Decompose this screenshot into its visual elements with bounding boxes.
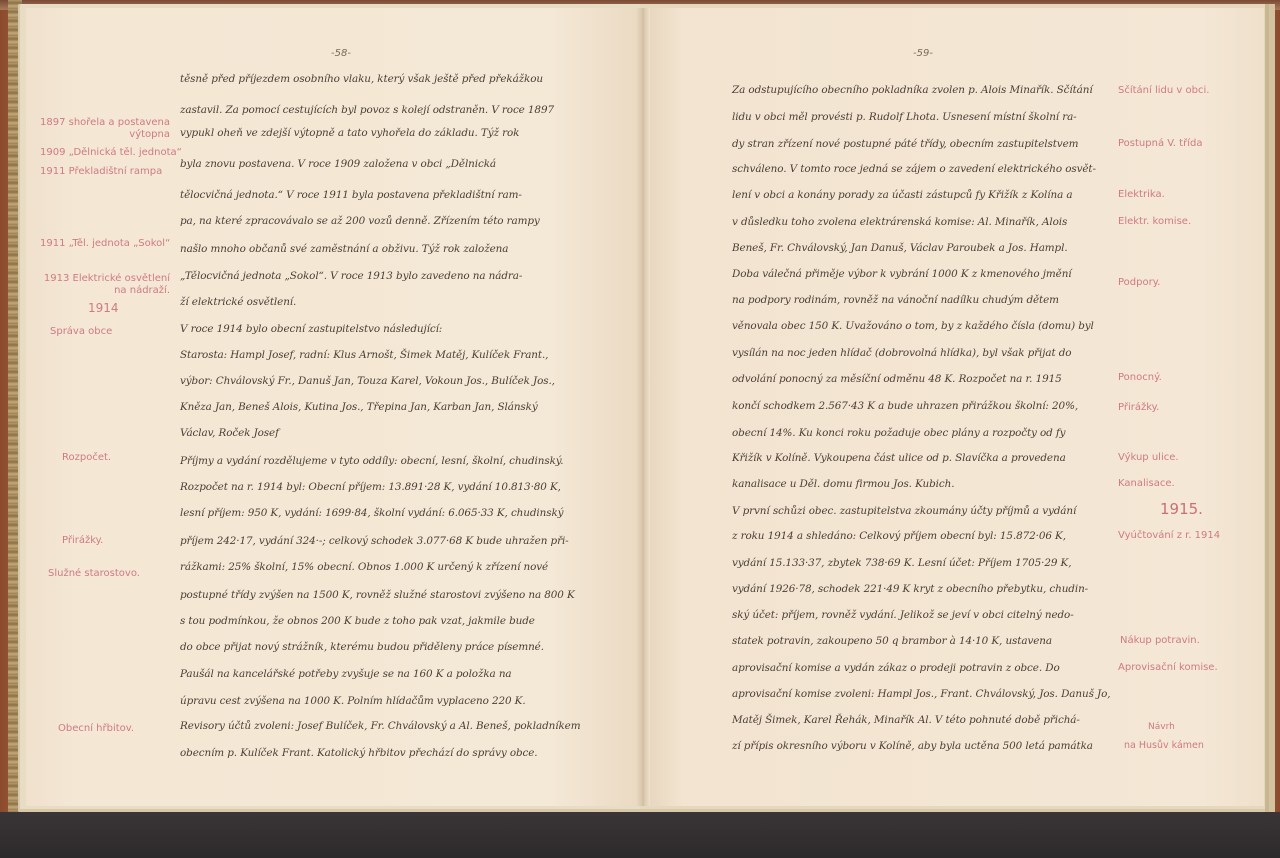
margin-note: Přirážky. [62,535,103,546]
text-line: výbor: Chválovský Fr., Danuš Jan, Touza … [180,375,555,387]
margin-note: Elektrika. [1118,189,1165,200]
text-line: Kněza Jan, Beneš Alois, Kutina Jos., Tře… [180,401,538,413]
text-line: „Tělocvičná jednota „Sokol“. V roce 1913… [180,270,522,282]
text-line: lení v obci a konány porady za účasti zá… [732,189,1072,201]
text-line: obecní 14%. Ku konci roku požaduje obec … [732,427,1065,439]
background-surface [0,812,1280,858]
text-line: lesní příjem: 950 K, vydání: 1699·84, šk… [180,507,563,519]
margin-note: 1911 „Těl. jednota „Sokol“ [40,238,170,249]
text-line: dy stran zřízení nové postupné páté tříd… [732,138,1078,150]
text-line: Paušál na kancelářské potřeby zvyšuje se… [180,668,512,680]
margin-note: Postupná V. třída [1118,138,1202,149]
text-line: lidu v obci měl provésti p. Rudolf Lhota… [732,111,1077,123]
margin-note: 1913 Elektrické osvětlení na nádraží. [40,273,170,297]
text-line: našlo mnoho občanů své zaměstnání a obži… [180,243,508,255]
margin-note: 1897 shořela a postavena výtopna [40,117,170,141]
margin-note: Služné starostovo. [48,568,140,579]
text-line: V roce 1914 bylo obecní zastupitelstvo n… [180,323,442,335]
text-line: z roku 1914 a shledáno: Celkový příjem o… [732,530,1066,542]
margin-note: na Husův kámen [1124,740,1204,751]
text-line: Beneš, Fr. Chválovský, Jan Danuš, Václav… [732,242,1068,254]
margin-note: Nákup potravin. [1120,635,1200,646]
text-line: Revisory účtů zvoleni: Josef Bulíček, Fr… [180,720,580,732]
text-line: statek potravin, zakoupeno 50 q brambor … [732,635,1052,647]
book-gutter [636,8,650,806]
text-line: s tou podmínkou, že obnos 200 K bude z t… [180,615,535,627]
margin-note: Obecní hřbitov. [58,723,134,734]
text-line: odvolání ponocný za měsíční odměnu 48 K.… [732,373,1062,385]
margin-note: Kanalisace. [1118,478,1175,489]
page-number-left: -58- [331,48,351,59]
margin-note: 1911 Překladištní rampa [40,166,162,177]
text-line: Václav, Roček Josef [180,427,279,439]
text-line: vydání 1926·78, schodek 221·49 K kryt z … [732,583,1088,595]
text-line: Za odstupujícího obecního pokladníka zvo… [732,84,1093,96]
margin-note: Elektr. komise. [1118,216,1191,227]
margin-note: Rozpočet. [62,452,111,463]
margin-note: Návrh [1148,722,1175,732]
text-line: kanalisace u Děl. domu firmou Jos. Kubic… [732,478,954,490]
margin-note: 1909 „Dělnická těl. jednota“ [40,147,182,158]
text-line: úpravu cest zvýšena na 1000 K. Polním hl… [180,695,526,707]
text-line: na podpory rodinám, rovněž na vánoční na… [732,294,1059,306]
margin-note: Vyúčtování z r. 1914 [1118,530,1220,541]
text-line: věnovala obec 150 K. Uvažováno o tom, by… [732,320,1094,332]
margin-note: Výkup ulice. [1118,452,1179,463]
page-number-right: -59- [913,48,933,59]
margin-note: Sčítání lidu v obci. [1118,85,1209,96]
text-line: příjem 242·17, vydání 324·-; celkový sch… [180,535,569,547]
margin-note: Ponocný. [1118,372,1162,383]
text-line: Křižík v Kolíně. Vykoupena část ulice od… [732,452,1066,464]
text-line: byla znovu postavena. V roce 1909 založe… [180,158,496,170]
text-line: vysílán na noc jeden hlídač (dobrovolná … [732,347,1071,359]
text-line: obecním p. Kulíček Frant. Katolický hřbi… [180,747,538,759]
text-line: v důsledku toho zvolena elektrárenská ko… [732,216,1067,228]
text-line: ský účet: příjem, rovněž vydání. Jelikož… [732,609,1074,621]
text-line: Rozpočet na r. 1914 byl: Obecní příjem: … [180,481,561,493]
text-line: ží elektrické osvětlení. [180,296,296,308]
text-line: těsně před příjezdem osobního vlaku, kte… [180,64,580,126]
text-line: postupné třídy zvýšen na 1500 K, rovněž … [180,589,575,601]
text-line: vypukl oheň ve zdejší výtopně a tato vyh… [180,127,519,139]
text-line: rážkami: 25% školní, 15% obecní. Obnos 1… [180,561,548,573]
margin-note-year: 1914 [88,301,119,315]
text-line: Matěj Šimek, Karel Řehák, Minařík Al. V … [732,714,1080,726]
text-line: aprovisační komise zvoleni: Hampl Jos., … [732,688,1110,700]
text-line: Starosta: Hampl Josef, radní: Klus Arnoš… [180,349,548,361]
text-line: aprovisační komise a vydán zákaz o prode… [732,662,1060,674]
margin-note: Správa obce [50,326,112,337]
margin-note: Podpory. [1118,277,1160,288]
margin-note-year: 1915. [1160,500,1203,518]
text-line: končí schodkem 2.567·43 K a bude uhrazen… [732,400,1078,412]
text-line: schváleno. V tomto roce jedná se zájem o… [732,163,1096,175]
text-line: zí přípis okresního výboru v Kolíně, aby… [732,740,1093,752]
text-line: V první schůzi obec. zastupitelstva zkou… [732,505,1076,517]
margin-note: Přirážky. [1118,402,1159,413]
text-line: Doba válečná přiměje výbor k vybrání 100… [732,268,1072,280]
margin-note: Aprovisační komise. [1118,662,1218,673]
text-line: vydání 15.133·37, zbytek 738·69 K. Lesní… [732,557,1071,569]
text-line: do obce přijat nový strážník, kterému bu… [180,641,544,653]
text-line: tělocvičná jednota.“ V roce 1911 byla po… [180,189,522,201]
text-line: pa, na které zpracovávalo se až 200 vozů… [180,215,540,227]
text-line: Příjmy a vydání rozdělujeme v tyto oddíl… [180,455,563,467]
